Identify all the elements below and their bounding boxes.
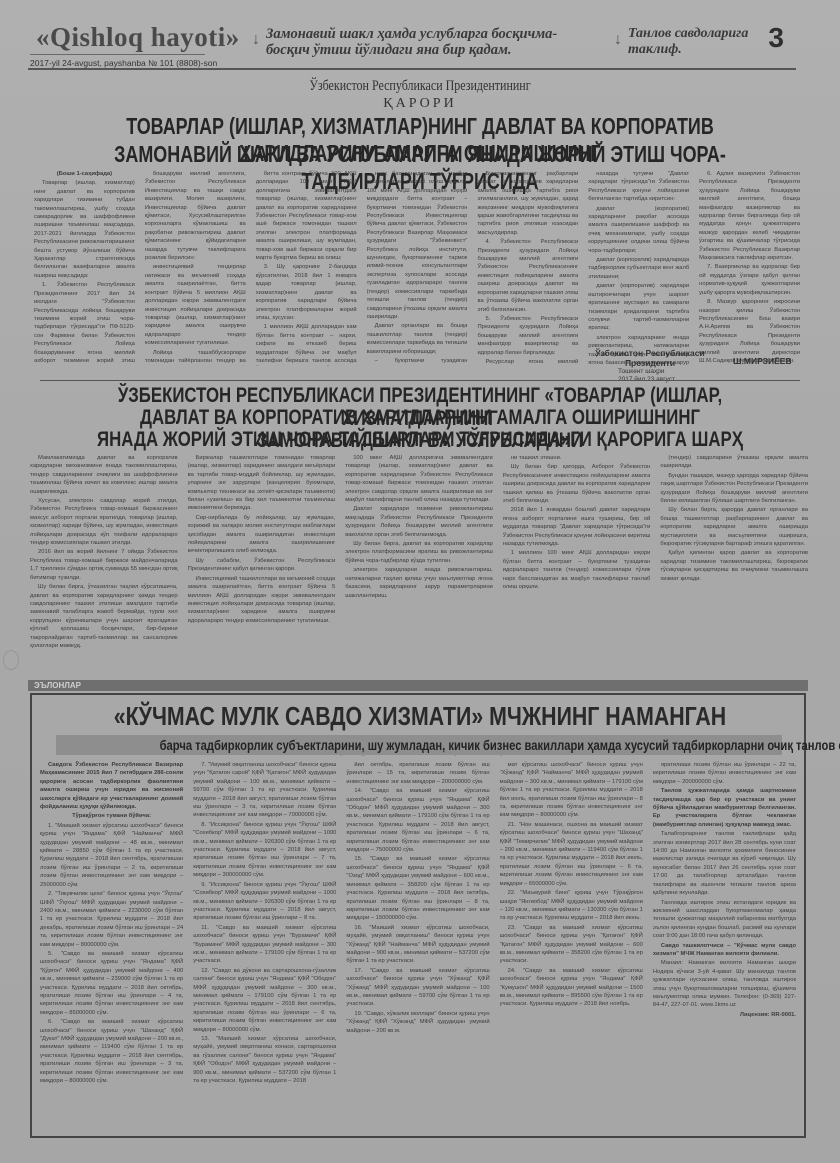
- paragraph: Савдога Ўзбекистон Республикаси Вазирлар…: [40, 761, 183, 811]
- masthead-divider: [28, 68, 796, 70]
- paragraph: 6. Адлия вазирлиги Ўзбекистон Республика…: [699, 170, 800, 262]
- lot-item: 14. "Савдо ва маиший хизмат кўрсатиш шох…: [346, 787, 489, 854]
- teaser-reform[interactable]: ↓ Замонавий шакл ҳамда услубларга босқич…: [266, 26, 557, 58]
- paragraph: давлат (корпоратив) харидлари иштирокчил…: [588, 282, 689, 332]
- paragraph: бошқаруви миллий агентлиги, Ўзбекистон Р…: [145, 170, 246, 262]
- newspaper-title: «Qishloq hayoti»: [36, 22, 240, 53]
- lot-item: 11. "Савдо ва маиший хизмат кўрсатиш шох…: [193, 924, 336, 966]
- lot-item: 13. "Маиший хизмат кўрсатиш шохобчаси, м…: [193, 1035, 336, 1085]
- lot-item: 21. "Нон машинаси, ошхона ва маиший хизм…: [500, 821, 643, 888]
- paragraph: 4. Ўзбекистон Республикаси Президенти ҳу…: [477, 238, 578, 314]
- announcement-column: Савдога Ўзбекистон Республикаси Вазирлар…: [40, 761, 183, 1131]
- decree-column: назарда тутувчи "Давлат харидлари тўғрис…: [588, 170, 689, 366]
- lot-item: 7. "Умумий овқатланиш шохобчаси" биноси …: [193, 761, 336, 820]
- paragraph: Мамлакатимизда давлат ва корпоратив хари…: [30, 454, 178, 496]
- announcement-subheadline: барча тадбиркорлик субъектларини, шу жум…: [160, 735, 840, 755]
- section-divider: [40, 380, 800, 381]
- paragraph: Ресурслар ягона миллий маълумотномаси ва…: [477, 358, 578, 366]
- paragraph: назарда тутувчи "Давлат харидлари тўғрис…: [588, 170, 689, 204]
- lot-item: 2. "Тикувчилик цехи" биноси қуриш учун "…: [40, 890, 183, 949]
- commentary-column: 100 минг АҚШ долларигача эквивалентдаги …: [345, 454, 493, 670]
- commentary-column: ни ташкил этишни. Шу билан бир қаторда, …: [503, 454, 651, 670]
- paragraph: Талабгорларнинг танлов таклифлари қайд э…: [653, 830, 796, 897]
- paragraph: ни ташкил этишни.: [503, 454, 651, 462]
- paragraph: давлат (корпоратив) харидларида тадбирко…: [588, 256, 689, 281]
- signature-title-line: Ўзбекистон Республикаси: [590, 348, 710, 358]
- district-heading: Тўрақўрғон тумани бўйича:: [40, 812, 183, 820]
- arrow-down-icon: ↓: [614, 32, 622, 48]
- paragraph: (тендер) савдоларини ўтказиш орқали амал…: [660, 454, 808, 471]
- decree-column: Буюртмачиларнинг раҳбарлари давлат ва ко…: [477, 170, 578, 366]
- paragraph: Давлат органлари ва бошқа ташкилотлар та…: [367, 322, 468, 356]
- decree-column: 6. Адлия вазирлиги Ўзбекистон Республика…: [699, 170, 800, 366]
- commentary-column: (тендер) савдоларини ўтказиш орқали амал…: [660, 454, 808, 670]
- decree-column: нарх бахсланадиган ва мақбул таклифларни…: [367, 170, 468, 366]
- commentary-headline: ЯНАДА ЖОРИЙ ЭТИШ ЧОРА-ТАДБИРЛАРИ ТЎҒРИСИ…: [84, 428, 756, 451]
- paragraph: Давлат харидлари тизимини ривожлантириш …: [345, 505, 493, 539]
- teaser-line: Танлов савдоларига: [628, 26, 748, 42]
- teaser-line: босқич ўтиш йўлидаги яна бир қадам.: [266, 42, 557, 58]
- arrow-down-icon: ↓: [252, 32, 260, 48]
- license-number: Лицензия: RR-0001.: [653, 1011, 796, 1019]
- announcement-body: Савдога Ўзбекистон Республикаси Вазирлар…: [40, 761, 796, 1131]
- paragraph: Шу сабабли, Ўзбекистон Республикаси През…: [188, 557, 336, 574]
- title-underline: [30, 54, 205, 55]
- page-number: 3: [768, 22, 784, 54]
- paragraph: Инвестициявий ташкилотлари ва меъмоний с…: [188, 575, 336, 625]
- paragraph: 2018 йил 1 январдан бошлаб давлат харидл…: [503, 506, 651, 548]
- lot-item: 19. "Савдо, хўжалик моллари" биноси қури…: [346, 1010, 489, 1035]
- paragraph: Шу билан бир қаторда, Ахборот Ўзбекистон…: [503, 463, 651, 505]
- tender-announcement-box: «КЎЧМАС МУЛК САВДО ХИЗМАТИ» МЧЖНИНГ НАМА…: [30, 693, 806, 1138]
- signature-name: Ш.МИРЗИЁЕВ: [733, 356, 792, 366]
- signature-place-date: Тошкент шаҳри 2017 йил 23 август: [618, 368, 675, 384]
- newspaper-page: «Qishloq hayoti» 2017-yil 24-avgust, pay…: [0, 0, 840, 1163]
- paragraph: давлат (корпоратив) харидларнинг рақобат…: [588, 205, 689, 255]
- announcement-column: 7. "Умумий овқатланиш шохобчаси" биноси …: [193, 761, 336, 1131]
- paragraph: электрон харидларни янада ривожлантириш,…: [345, 566, 493, 600]
- commentary-column: Мамлакатимизда давлат ва корпоратив хари…: [30, 454, 178, 670]
- lot-item: 16. "Маиший хизмат кўрсатиш шохобчаси, м…: [346, 924, 489, 966]
- contact-address: Манзил: Наманган вилояти Наманган шаҳри …: [653, 959, 796, 1009]
- lot-item: йил октябрь, яратилиши лозим бўлган иш ў…: [346, 761, 489, 786]
- lot-item: 22. "Маъмурий бино" қуриш учун Тўрақўрғо…: [500, 889, 643, 923]
- lot-item: 6. "Савдо ва маиший хизмат кўрсатиш шохо…: [40, 1018, 183, 1085]
- decree-column: (Боши 1-саҳифада) Товарлар (ишлар, хизма…: [34, 170, 135, 366]
- paragraph: 1 миллион 100 минг АҚШ долларидан юқори …: [503, 549, 651, 591]
- paragraph: Буюртмачиларнинг раҳбарлари давлат ва ко…: [477, 170, 578, 237]
- decree-kicker-title: ҚАРОРИ: [0, 96, 840, 112]
- dateline: 2017-yil 24-avgust, payshanba № 101 (880…: [30, 58, 217, 68]
- decree-column: битта контракт бўйича 300 АҚШ долларидан…: [256, 170, 357, 366]
- ads-section-band: ЭЪЛОНЛАР: [28, 680, 808, 691]
- paragraph: 3. Шу қарорнинг 2-бандида кўрсатилган, 2…: [256, 263, 357, 322]
- paragraph: нарх бахсланадиган ва мақбул таклифларни…: [367, 170, 468, 321]
- paragraph: Бундан ташқари, мазкур қарорда харидлар …: [660, 472, 808, 506]
- lot-item: мат кўрсатиш шохобчаси" биноси қуриш учу…: [500, 761, 643, 820]
- paragraph: 7. Вазирликлар ва идоралар бир ой муддат…: [699, 263, 800, 297]
- teaser-tender[interactable]: ↓ Танлов савдоларига таклиф.: [628, 26, 748, 58]
- paragraph: Сир-оирбалида бу лойиҳалар, шу жумладан,…: [188, 514, 336, 556]
- paragraph: Танловда иштирок этиш истагидаги юридик …: [653, 899, 796, 941]
- paragraph: битта контракт бўйича 300 АҚШ долларидан…: [256, 170, 357, 262]
- paragraph: Шу билан бирга, давлат ва корпоратив хар…: [345, 540, 493, 565]
- paragraph: 5. Ўзбекистон Республикаси Президенти ҳу…: [477, 315, 578, 357]
- lot-item: 23. "Савдо ва маиший хизмат кўрсатиш шох…: [500, 924, 643, 966]
- lot-item: 12. "Савдо ва дўкони ва сартарошхона-гўз…: [193, 967, 336, 1034]
- lot-item: 8. "Иссиқхона" биноси қуриш учун "Ўқтош"…: [193, 821, 336, 880]
- announcement-subheadline-bar: барча тадбиркорлик субъектларини, шу жум…: [56, 735, 782, 755]
- paragraph: – буюртмачи тузадиган идоралараро танлов…: [367, 357, 468, 366]
- decree-body: (Боши 1-саҳифада) Товарлар (ишлар, хизма…: [34, 170, 800, 366]
- paragraph: Товарлар (ишлар, хизматлар) нинг давлат …: [34, 179, 135, 280]
- page-scuff: [3, 650, 19, 670]
- paragraph: Қабул қилинган қарор давлат ва корпорати…: [660, 549, 808, 583]
- announcement-column: яратилиши лозим бўлган иш ўринлари – 22 …: [653, 761, 796, 1131]
- paragraph: Шу билан бирга, ўтказилган таҳлил кўрсат…: [30, 583, 178, 650]
- teaser-line: таклиф.: [628, 42, 748, 58]
- paragraph: 1. Ўзбекистон Республикаси Президентинин…: [34, 281, 135, 366]
- lot-item: 5. "Савдо ва маиший хизмат кўрсатиш шохо…: [40, 950, 183, 1017]
- paragraph: Лойиҳа ташаббускорлари томонидан тайёрла…: [145, 349, 246, 366]
- paragraph: 1 миллион АҚШ долларидан кам бўлган битт…: [256, 323, 357, 366]
- lot-item: 15. "Савдо ва маиший хизмат кўрсатиш шох…: [346, 855, 489, 922]
- ads-section-label: ЭЪЛОНЛАР: [34, 680, 81, 691]
- lot-item: 17. "Савдо ва маиший хизмат кўрсатиш шох…: [346, 967, 489, 1009]
- decree-column: бошқаруви миллий агентлиги, Ўзбекистон Р…: [145, 170, 246, 366]
- announcement-column: мат кўрсатиш шохобчаси" биноси қуриш учу…: [500, 761, 643, 1131]
- paragraph: инвестициявий тендерлар натижаси ва меъм…: [145, 263, 246, 347]
- lot-item: 24. "Савдо ва маиший хизмат кўрсатиш шох…: [500, 967, 643, 1009]
- commentary-column: Биржалар ташкилотлари томонидан товарлар…: [188, 454, 336, 670]
- paragraph: Биржалар ташкилотлари томонидан товарлар…: [188, 454, 336, 513]
- paragraph: 100 минг АҚШ долларигача эквивалентдаги …: [345, 454, 493, 504]
- lot-item: 1. "Маиший хизмат кўрсатиш шохобчаси" би…: [40, 822, 183, 889]
- decree-kicker: Ўзбекистон Республикаси Президентининг: [84, 78, 756, 95]
- teaser-line: Замонавий шакл ҳамда услубларга босқичма…: [266, 26, 557, 42]
- organizer: Савдо ташкилотчиси – "Кўчмас мулк савдо …: [653, 942, 796, 959]
- paragraph: 2016 йил ва жорий йилнинг 7 ойида Ўзбеки…: [30, 548, 178, 582]
- commentary-body: Мамлакатимизда давлат ва корпоратив хари…: [30, 454, 808, 670]
- signature-title: Ўзбекистон Республикаси Президенти: [590, 348, 710, 368]
- signature-place: Тошкент шаҳри: [618, 368, 675, 376]
- paragraph: (Боши 1-саҳифада): [34, 170, 135, 178]
- lot-item: 9. "Иссиқхона" биноси қуриш учун "Ўқтош"…: [193, 881, 336, 923]
- masthead: «Qishloq hayoti» 2017-yil 24-avgust, pay…: [28, 18, 796, 70]
- announcement-column: йил октябрь, яратилиши лозим бўлган иш ў…: [346, 761, 489, 1131]
- signature-title-line: Президенти: [590, 358, 710, 368]
- paragraph: Шу билан бирга, қарорда давлат органлари…: [660, 506, 808, 548]
- terms-notice: Танлов ҳужжатларида ҳамда шартномани тас…: [653, 787, 796, 829]
- paragraph: яратилиши лозим бўлган иш ўринлари – 22 …: [653, 761, 796, 786]
- paragraph: Хусусан, электрон савдолар жорий этилди,…: [30, 497, 178, 547]
